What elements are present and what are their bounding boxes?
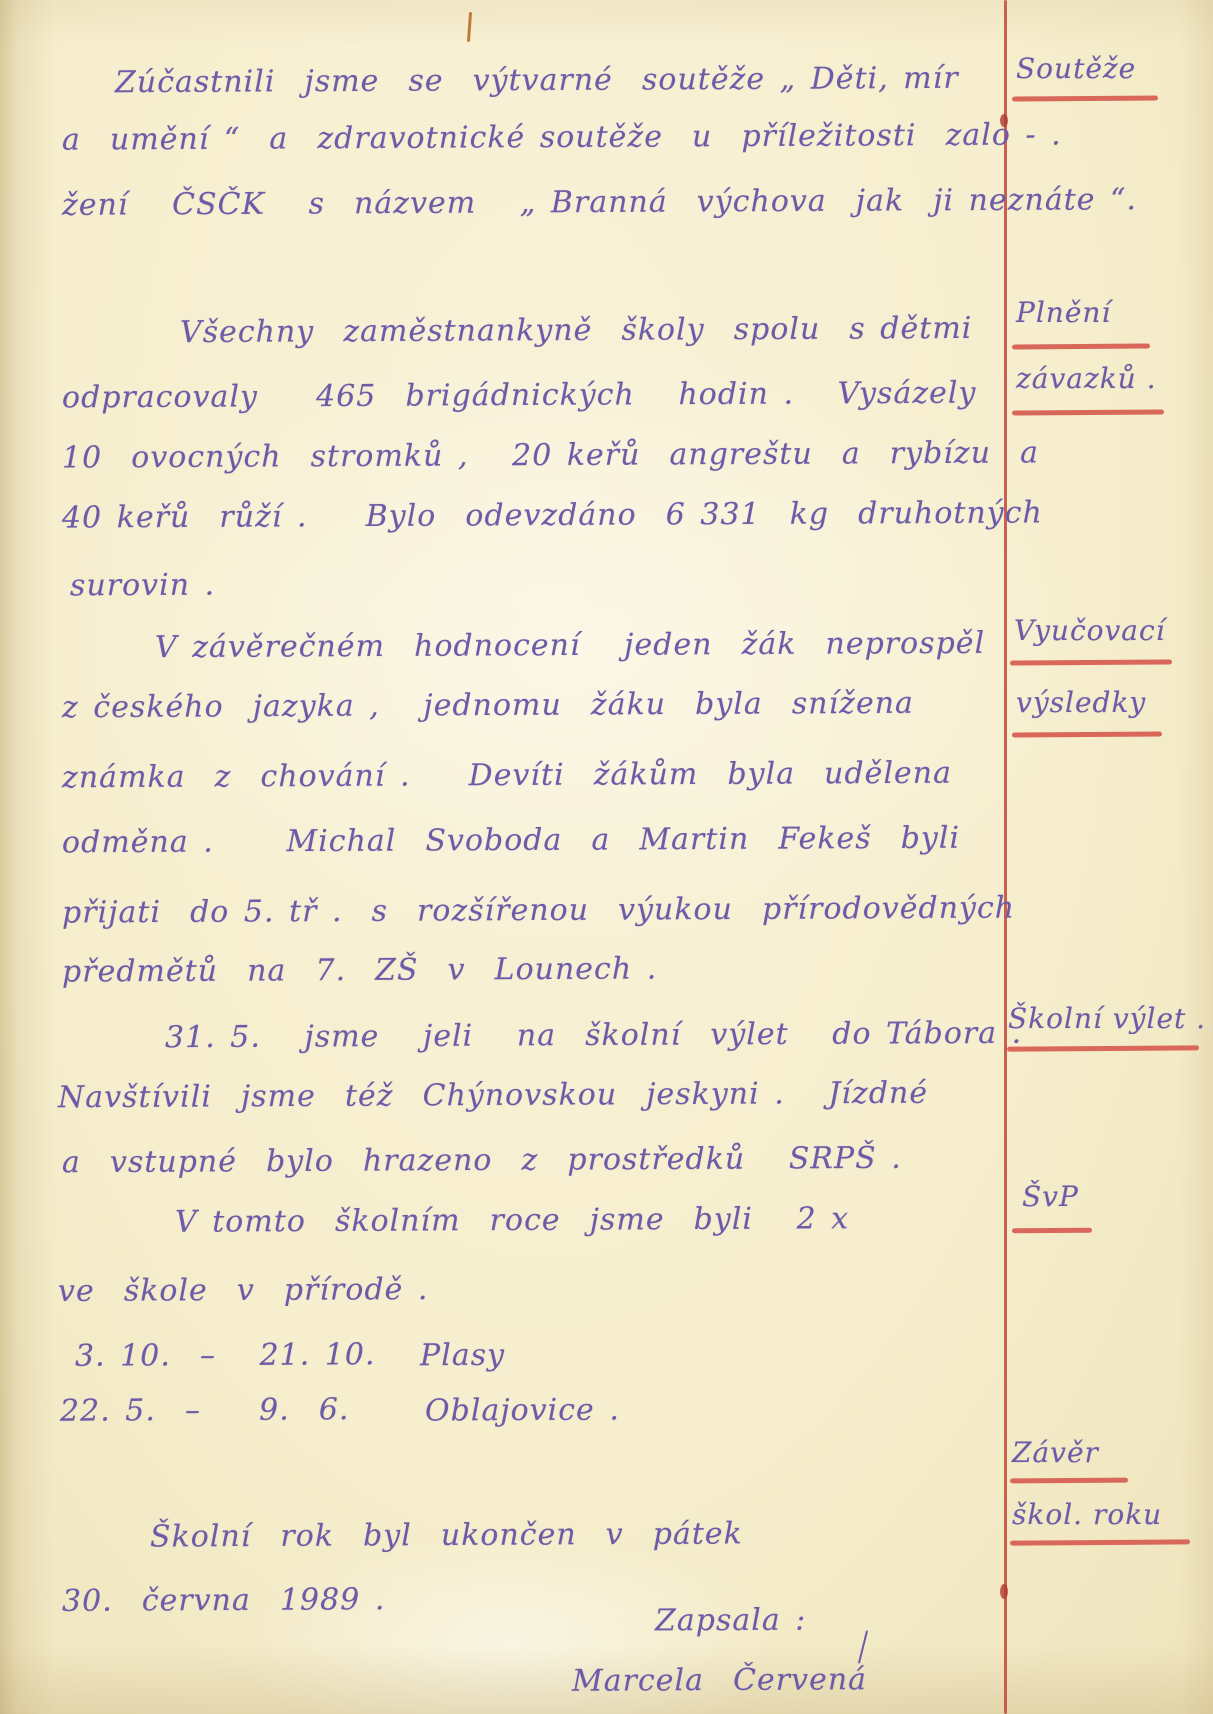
margin-heading-skol-roku: škol. roku bbox=[1012, 1498, 1162, 1531]
margin-rule-line bbox=[1004, 0, 1007, 1714]
handwritten-line: a vstupné bylo hrazeno z prostředků SRPŠ… bbox=[62, 1141, 902, 1180]
handwritten-line: známka z chování . Devíti žákům byla udě… bbox=[62, 756, 952, 796]
svp-row-place: Oblajovice . bbox=[425, 1392, 620, 1428]
handwritten-line: V tomto školním roce jsme byli 2 x bbox=[175, 1201, 849, 1240]
handwritten-line: a umění “ a zdravotnické soutěže u příle… bbox=[62, 117, 1062, 157]
pen-mark bbox=[467, 12, 472, 42]
heading-underline bbox=[1007, 1045, 1199, 1051]
signature: Marcela Červená bbox=[572, 1662, 867, 1699]
heading-underline bbox=[1012, 344, 1150, 350]
svp-row-dates: 22. 5. – 9. 6. bbox=[60, 1392, 350, 1429]
margin-heading-zavazku: závazků . bbox=[1016, 362, 1157, 395]
heading-underline bbox=[1012, 731, 1162, 737]
handwritten-line: Školní rok byl ukončen v pátek bbox=[150, 1516, 743, 1554]
margin-heading-skolni-vylet: Školní výlet . bbox=[1008, 1002, 1206, 1035]
heading-underline bbox=[1012, 1228, 1092, 1234]
recorded-by-label: Zapsala : bbox=[655, 1603, 807, 1639]
margin-heading-svp: ŠvP bbox=[1022, 1180, 1079, 1213]
signature-flourish bbox=[858, 1630, 868, 1663]
handwritten-line: Všechny zaměstnankyně školy spolu s dětm… bbox=[180, 311, 973, 350]
heading-underline bbox=[1010, 659, 1172, 665]
margin-heading-zaver: Závěr bbox=[1012, 1436, 1099, 1469]
heading-underline bbox=[1012, 409, 1164, 415]
margin-heading-vysledky: výsledky bbox=[1016, 686, 1146, 719]
handwritten-line: žení ČSČK s názvem „ Branná výchova jak … bbox=[62, 182, 1137, 223]
handwritten-line: předmětů na 7. ZŠ v Lounech . bbox=[62, 951, 657, 989]
chronicle-page: Zúčastnili jsme se výtvarné soutěže „ Dě… bbox=[0, 0, 1213, 1714]
handwritten-line: odměna . Michal Svoboda a Martin Fekeš b… bbox=[62, 821, 960, 861]
handwritten-line: přijati do 5. tř . s rozšířenou výukou p… bbox=[62, 891, 1015, 931]
handwritten-line: z českého jazyka , jednomu žáku byla sní… bbox=[62, 686, 914, 725]
handwritten-line: 40 keřů růží . Bylo odevzdáno 6 331 kg d… bbox=[62, 495, 1043, 535]
handwritten-line: Navštívili jsme též Chýnovskou jeskyni .… bbox=[58, 1076, 928, 1116]
handwritten-line: odpracovaly 465 brigádnických hodin . Vy… bbox=[62, 376, 977, 416]
heading-underline bbox=[1010, 1478, 1128, 1484]
handwritten-line: surovin . bbox=[70, 568, 215, 604]
svp-row-dates: 3. 10. – 21. 10. bbox=[75, 1337, 376, 1374]
handwritten-line: ve škole v přírodě . bbox=[58, 1272, 429, 1309]
footer-date: 30. června 1989 . bbox=[62, 1582, 386, 1619]
margin-heading-plneni: Plnění bbox=[1016, 296, 1111, 329]
heading-underline bbox=[1010, 1539, 1190, 1545]
margin-heading-souteze: Soutěže bbox=[1016, 52, 1136, 85]
ink-blot bbox=[1000, 1584, 1008, 1599]
svp-row-place: Plasy bbox=[420, 1338, 505, 1373]
handwritten-line: Zúčastnili jsme se výtvarné soutěže „ Dě… bbox=[115, 61, 959, 100]
heading-underline bbox=[1012, 95, 1158, 101]
handwritten-line: V závěrečném hodnocení jeden žák neprosp… bbox=[155, 626, 985, 665]
handwritten-line: 31. 5. jsme jeli na školní výlet do Tábo… bbox=[165, 1016, 1022, 1055]
handwritten-line: 10 ovocných stromků , 20 keřů angreštu a… bbox=[62, 435, 1039, 475]
margin-heading-vyucovaci: Vyučovací bbox=[1014, 614, 1166, 647]
